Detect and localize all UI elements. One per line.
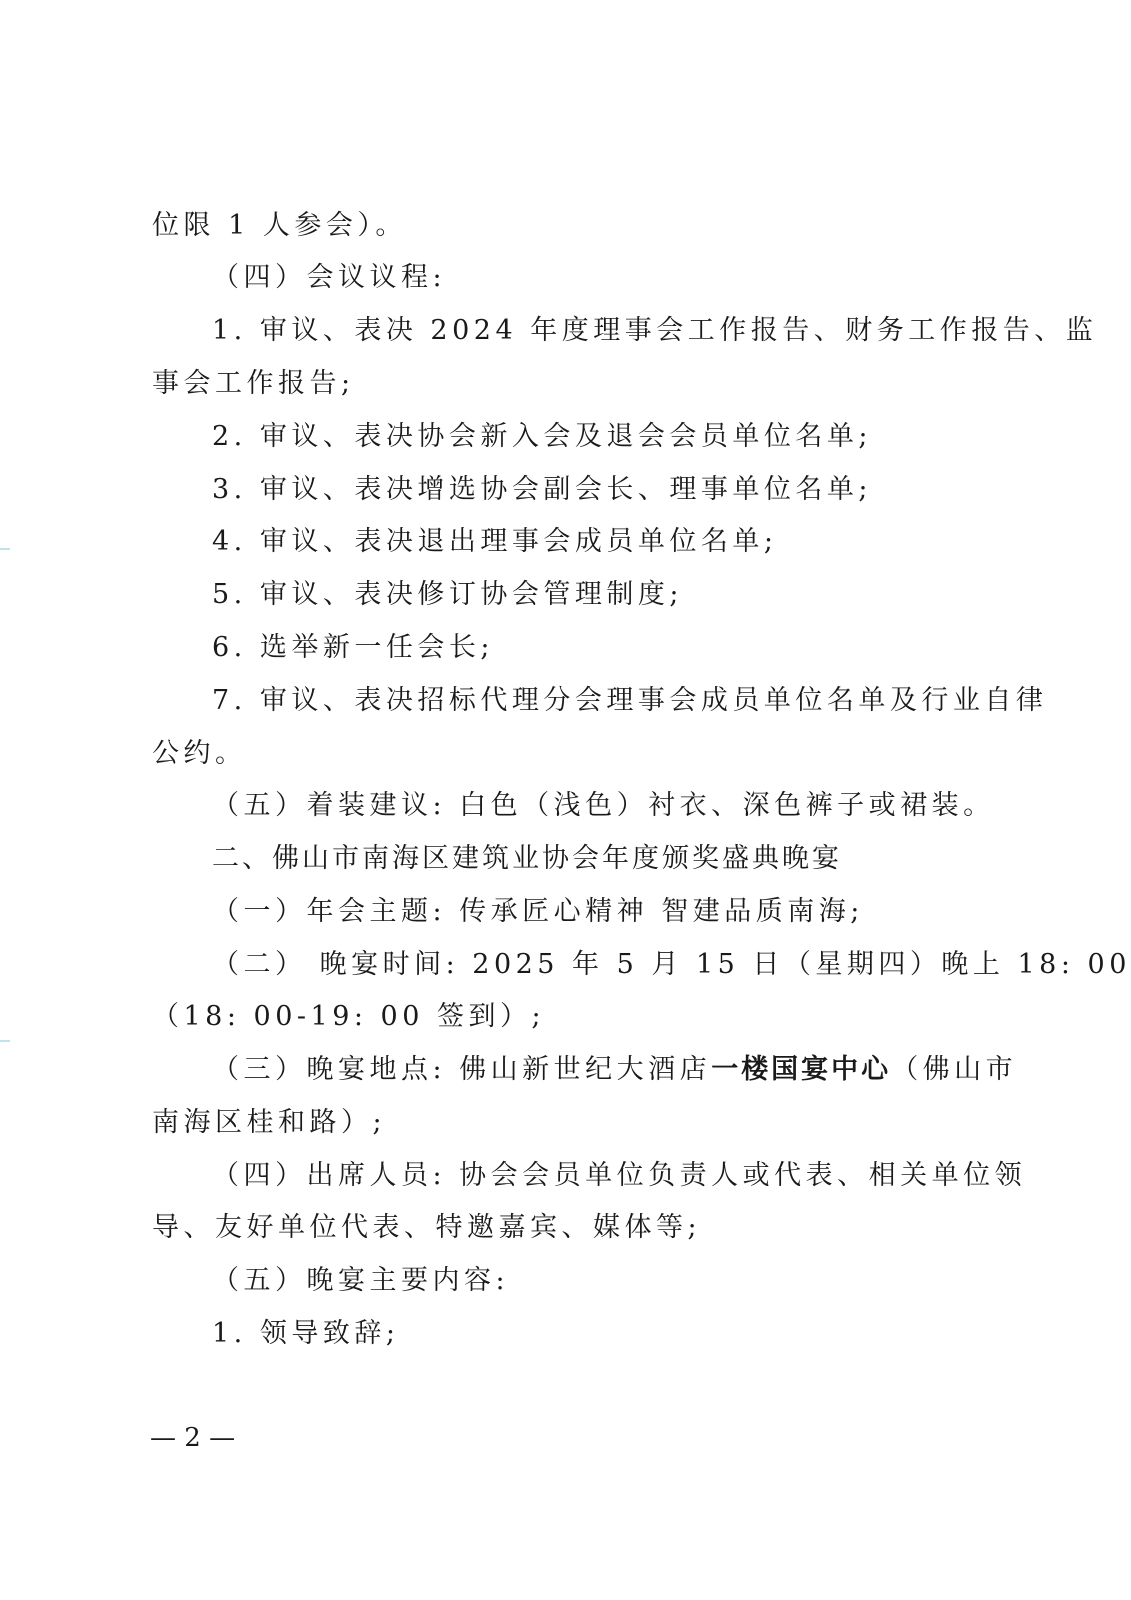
agenda-item-7-cont: 公约。 [152,736,247,772]
agenda-item-6: 6. 选举新一任会长; [212,630,494,666]
banquet-time-cont: （18: 00-19: 00 签到）; [152,999,545,1035]
banquet-location: （三）晚宴地点: 佛山新世纪大酒店一楼国宴中心（佛山市 [212,1052,1017,1088]
section-title-banquet: 二、佛山市南海区建筑业协会年度颁奖盛典晚宴 [212,841,842,877]
scan-margin-mark [0,548,10,550]
dress-code: （五）着装建议: 白色（浅色）衬衣、深色裤子或裙装。 [212,788,995,824]
location-text: （三）晚宴地点: 佛山新世纪大酒店 [212,1054,711,1085]
section-heading: （四）会议议程: [212,260,446,296]
banquet-theme: （一）年会主题: 传承匠心精神 智建品质南海; [212,894,864,930]
agenda-item-5: 5. 审议、表决修订协会管理制度; [212,577,683,613]
banquet-content-heading: （五）晚宴主要内容: [212,1263,509,1299]
scan-margin-mark [0,1040,10,1042]
banquet-time: （二） 晚宴时间: 2025 年 5 月 15 日（星期四）晚上 18: 00-… [212,947,1131,983]
agenda-item-2: 2. 审议、表决协会新入会及退会会员单位名单; [212,419,872,455]
location-venue-bold: 一楼国宴中心 [711,1054,891,1085]
banquet-attendees-cont: 导、友好单位代表、特邀嘉宾、媒体等; [152,1210,701,1246]
agenda-item-3: 3. 审议、表决增选协会副会长、理事单位名单; [212,472,872,508]
banquet-attendees: （四）出席人员: 协会会员单位负责人或代表、相关单位领 [212,1158,1026,1194]
agenda-item-7: 7. 审议、表决招标代理分会理事会成员单位名单及行业自律 [212,683,1047,719]
location-text-after: （佛山市 [891,1054,1017,1085]
document-page: 位限 1 人参会）。 （四）会议议程: 1. 审议、表决 2024 年度理事会工… [0,0,1131,1600]
paragraph-line: 位限 1 人参会）。 [152,208,407,244]
agenda-item-4: 4. 审议、表决退出理事会成员单位名单; [212,524,777,560]
page-number: — 2 — [150,1420,235,1456]
banquet-content-item-1: 1. 领导致辞; [212,1316,399,1352]
banquet-location-cont: 南海区桂和路）; [152,1105,386,1141]
agenda-item-1-cont: 事会工作报告; [152,366,355,402]
agenda-item-1: 1. 审议、表决 2024 年度理事会工作报告、财务工作报告、监 [212,313,1097,349]
